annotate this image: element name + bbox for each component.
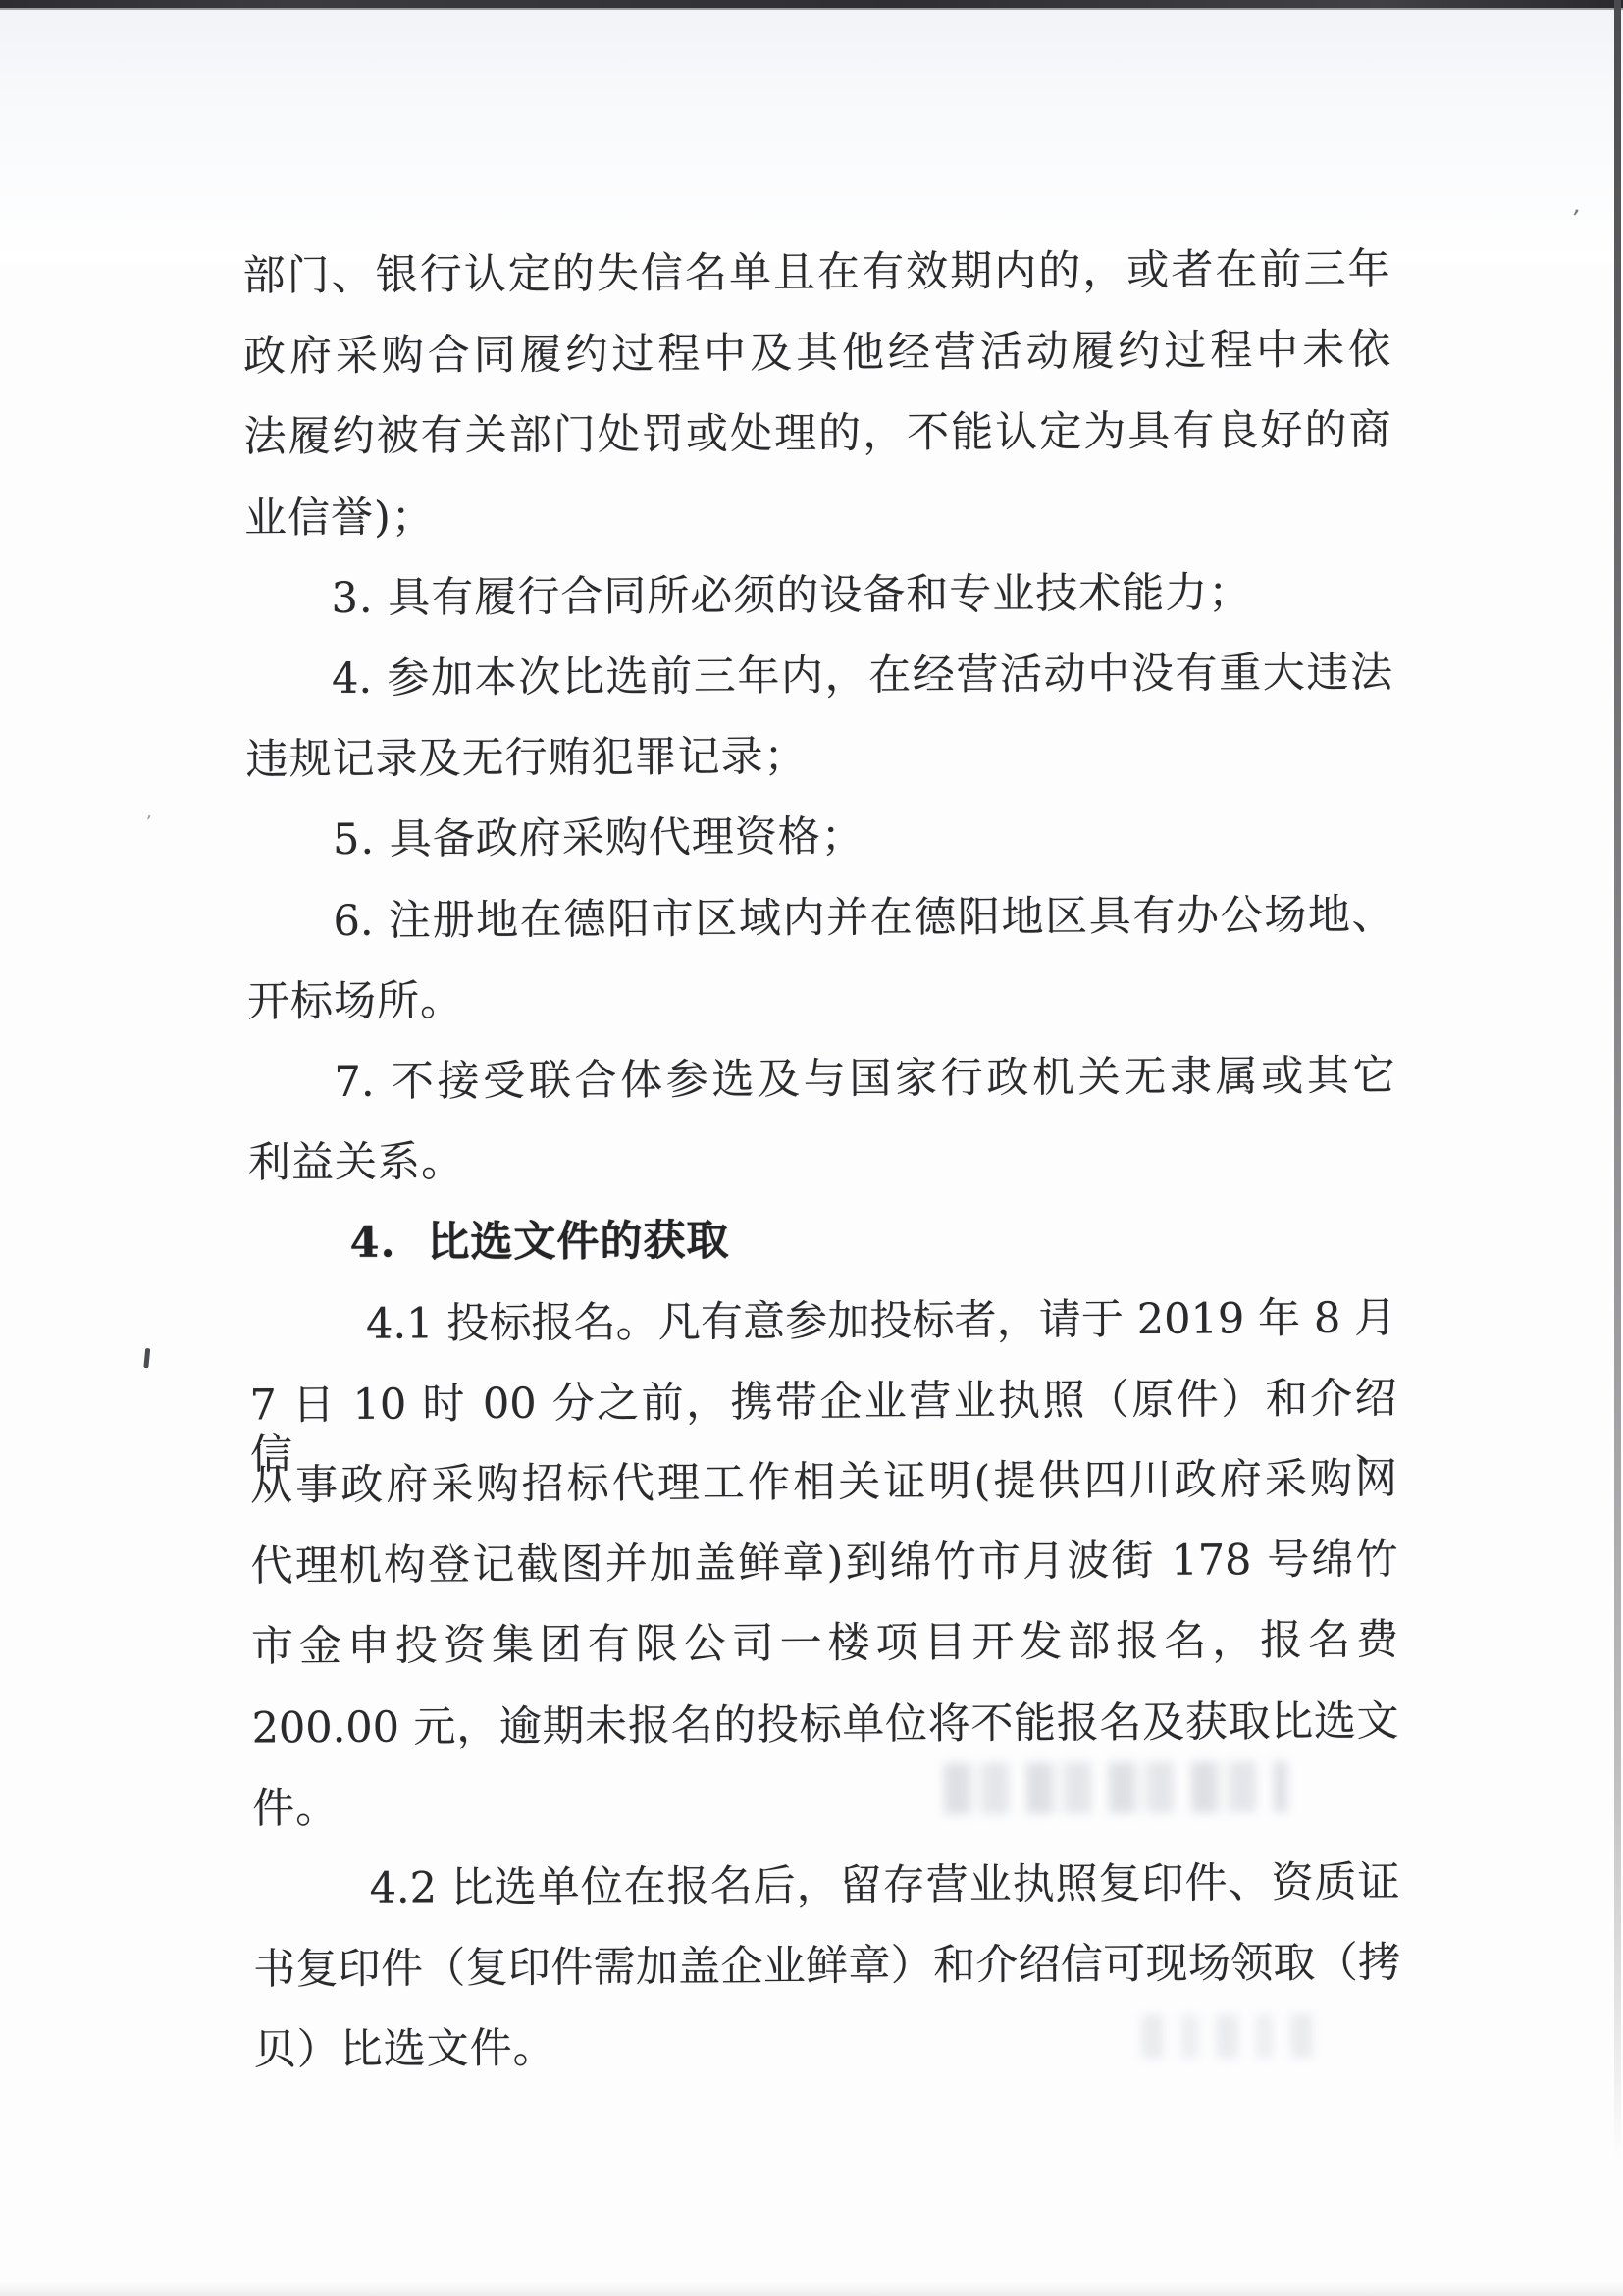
text-line: 4.2 比选单位在报名后，留存营业执照复印件、资质证 [369,1857,1399,1912]
text-line: 开标场所。 [247,976,463,1026]
text-line: 部门、银行认定的失信名单且在有效期内的，或者在前三年 [242,244,1389,300]
text-line: 4. 参加本次比选前三年内，在经营活动中没有重大违法 [332,648,1392,704]
text-line: 3. 具有履行合同所必须的设备和专业技术能力； [331,568,1251,623]
scanned-document-page: 部门、银行认定的失信名单且在有效期内的，或者在前三年政府采购合同履约过程中及其他… [0,0,1623,2296]
text-line: 从事政府采购招标代理工作相关证明(提供四川政府采购网 [250,1454,1397,1510]
text-line: 贝）比选文件。 [253,2024,555,2075]
text-line: 市金申投资集团有限公司一楼项目开发部报名，报名费 [251,1615,1398,1671]
scanner-top-edge [0,0,1623,10]
text-line: 4.1 投标报名。凡有意参加投标者，请于 2019 年 8 月 [366,1293,1396,1348]
scanner-bottom-shade [0,2282,1623,2296]
text-line: 件。 [252,1784,339,1834]
text-line: 法履约被有关部门处罚或处理的，不能认定为具有良好的商 [243,405,1390,461]
text-line: 4. 比选文件的获取 [349,1217,729,1268]
text-line: 违规记录及无行贿犯罪记录； [245,732,807,784]
scanner-right-edge [1614,0,1621,2159]
text-line: 7. 不接受联合体参选及与国家行政机关无隶属或其它 [334,1051,1394,1107]
text-line: 5. 具备政府采购代理资格； [333,812,864,864]
ink-bleed-through-smudge [1141,2014,1328,2059]
text-line: 书复印件（复印件需加盖企业鲜章）和介绍信可现场领取（拷 [253,1938,1400,1994]
ink-bleed-through-smudge [944,1761,1287,1814]
text-line: 6. 注册地在德阳市区域内并在德阳地区具有办公场地、 [333,890,1393,946]
text-line: 政府采购合同履约过程中及其他经营活动履约过程中未依 [243,325,1390,381]
text-line: 代理机构登记截图并加盖鲜章)到绵竹市月波街 178 号绵竹 [250,1535,1397,1591]
scan-speck: ’ [143,810,152,837]
text-line: 利益关系。 [248,1137,464,1187]
text-line: 业信誉)； [244,493,435,543]
scan-speck [143,1348,150,1368]
scan-speck: ’ [1568,207,1581,234]
paper-sheet: 部门、银行认定的失信名单且在有效期内的，或者在前三年政府采购合同履约过程中及其他… [0,0,1623,2296]
text-line: 200.00 元，逾期未报名的投标单位将不能报名及获取比选文 [251,1696,1398,1752]
